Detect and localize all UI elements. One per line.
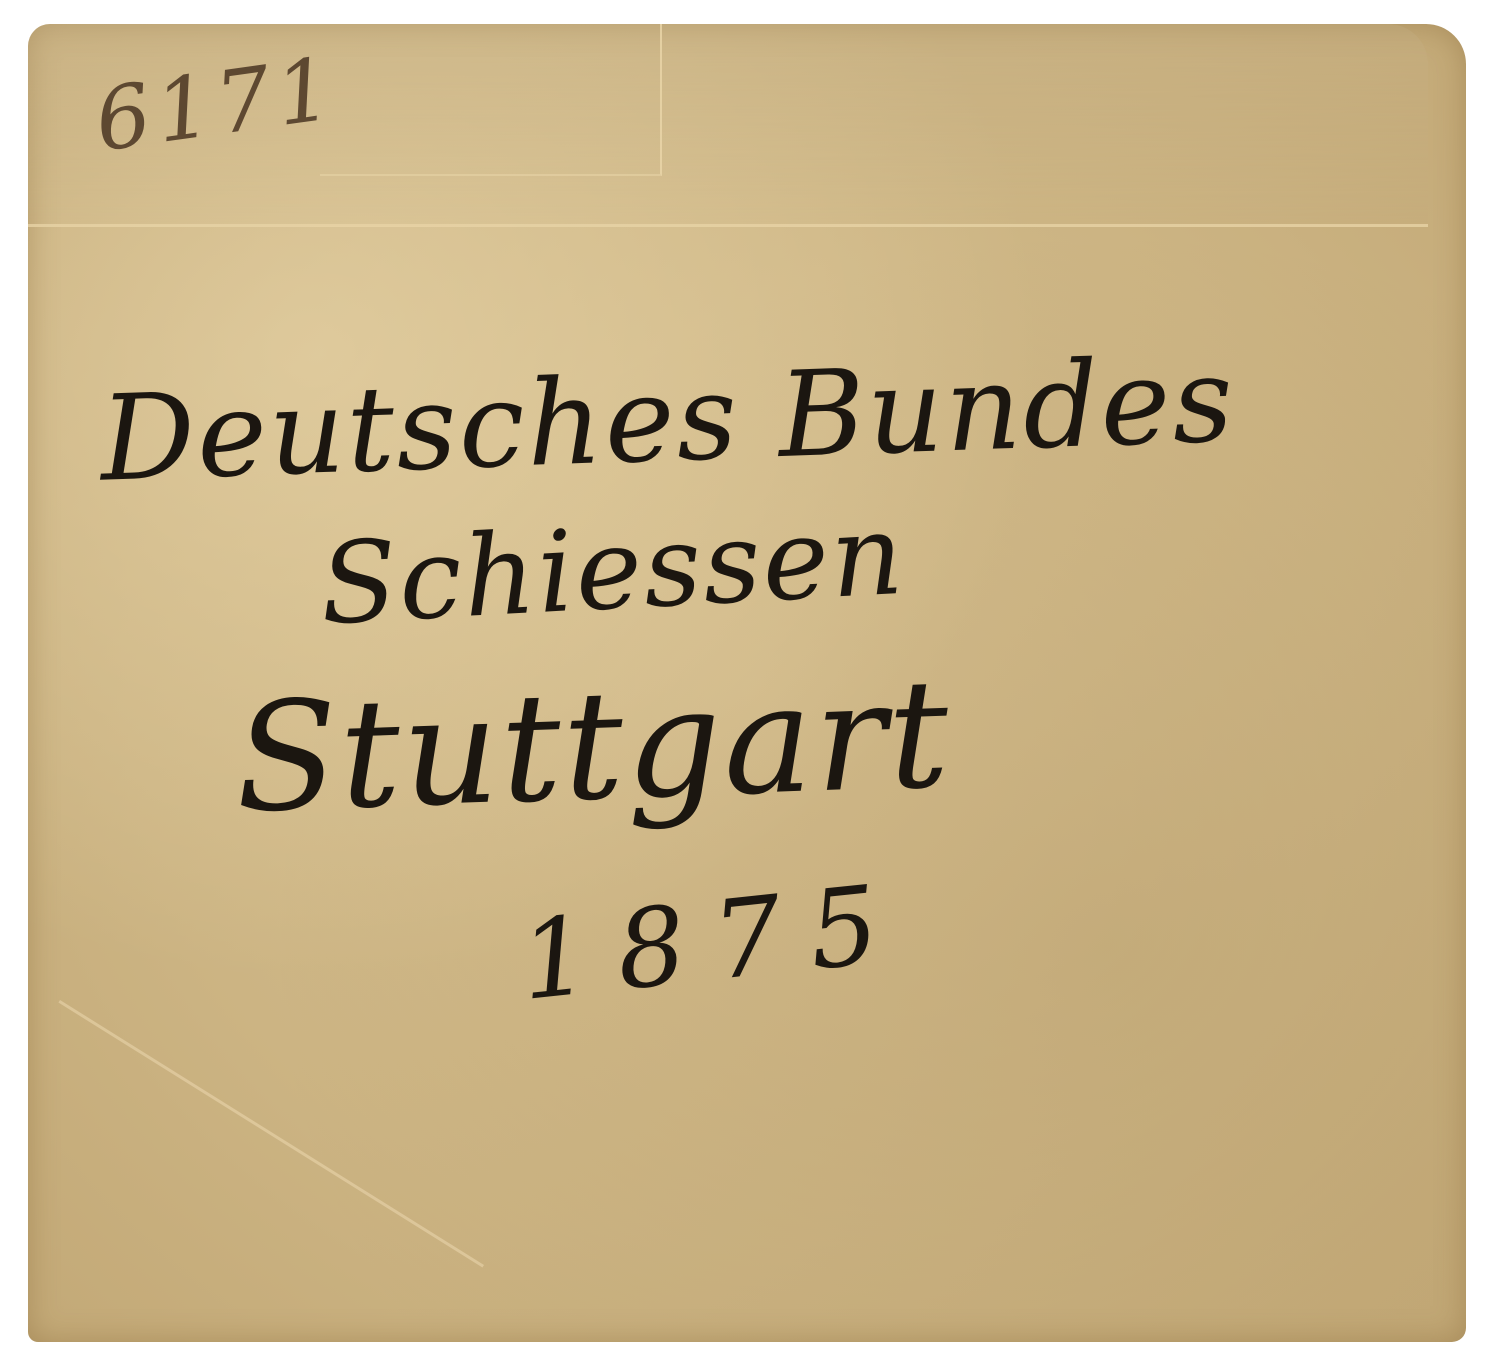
address-line-3: Stuttgart [232,648,953,847]
flap-tear [320,24,662,176]
